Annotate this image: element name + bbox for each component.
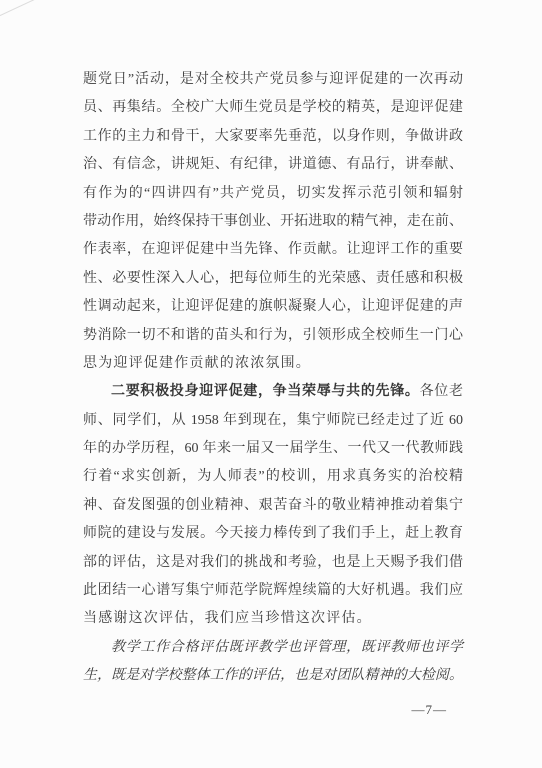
paragraph-line: 员、再集结。全校广大师生党员是学校的精英，是迎评促建 <box>83 94 463 122</box>
paragraph-line: 思为迎评促建作贡献的浓浓氛围。 <box>83 350 463 378</box>
document-page: 题党日”活动，是对全校共产党员参与迎评促建的一次再动 员、再集结。全校广大师生党… <box>0 0 542 768</box>
paragraph-line: 有作为的“四讲四有”共产党员，切实发挥示范引领和辐射 <box>83 180 463 208</box>
paragraph-line: 工作的主力和骨干，大家要率先垂范，以身作则，争做讲政 <box>83 123 463 151</box>
paragraph-text: 各位老 <box>420 384 463 399</box>
paragraph-line: 生，既是对学校整体工作的评估，也是对团队精神的大检阅。 <box>83 662 463 690</box>
paragraph-line: 师、同学们，从 1958 年到现在，集宁师院已经走过了近 60 <box>83 407 463 435</box>
paragraph-line: 带动作用，始终保持干事创业、开拓进取的精气神，走在前、 <box>83 208 463 236</box>
paragraph-line: 性调动起来，让迎评促建的旗帜凝聚人心，让迎评促建的声 <box>83 293 463 321</box>
paragraph-line: 年的办学历程，60 年来一届又一届学生、一代又一代教师践 <box>83 435 463 463</box>
page-number: —7— <box>412 701 448 719</box>
scan-artifact-line <box>0 0 40 17</box>
bold-heading: 二要积极投身迎评促建，争当荣辱与共的先锋。 <box>111 384 420 399</box>
paragraph-line: 此团结一心谱写集宁师范学院辉煌续篇的大好机遇。我们应 <box>83 577 463 605</box>
paragraph-line: 行着“求实创新，为人师表”的校训，用求真务实的治校精 <box>83 463 463 491</box>
paragraph-line: 性、必要性深入人心，把每位师生的光荣感、责任感和积极 <box>83 265 463 293</box>
paragraph-line: 神、奋发图强的创业精神、艰苦奋斗的敬业精神推动着集宁 <box>83 492 463 520</box>
paragraph-line: 教学工作合格评估既评教学也评管理，既评教师也评学 <box>83 634 463 662</box>
paragraph-line: 作表率，在迎评促建中当先锋、作贡献。让迎评工作的重要 <box>83 236 463 264</box>
paragraph-line: 治、有信念，讲规矩、有纪律，讲道德、有品行，讲奉献、 <box>83 151 463 179</box>
paragraph-line: 当感谢这次评估，我们应当珍惜这次评估。 <box>83 605 463 633</box>
paragraph-line: 势消除一切不和谐的苗头和行为，引领形成全校师生一门心 <box>83 322 463 350</box>
paragraph-line: 师院的建设与发展。今天接力棒传到了我们手上，赶上教育 <box>83 520 463 548</box>
paragraph-line: 二要积极投身迎评促建，争当荣辱与共的先锋。各位老 <box>83 378 463 406</box>
body-text: 题党日”活动，是对全校共产党员参与迎评促建的一次再动 员、再集结。全校广大师生党… <box>83 66 463 691</box>
paragraph-line: 题党日”活动，是对全校共产党员参与迎评促建的一次再动 <box>83 66 463 94</box>
paragraph-line: 部的评估，这是对我们的挑战和考验，也是上天赐予我们借 <box>83 549 463 577</box>
